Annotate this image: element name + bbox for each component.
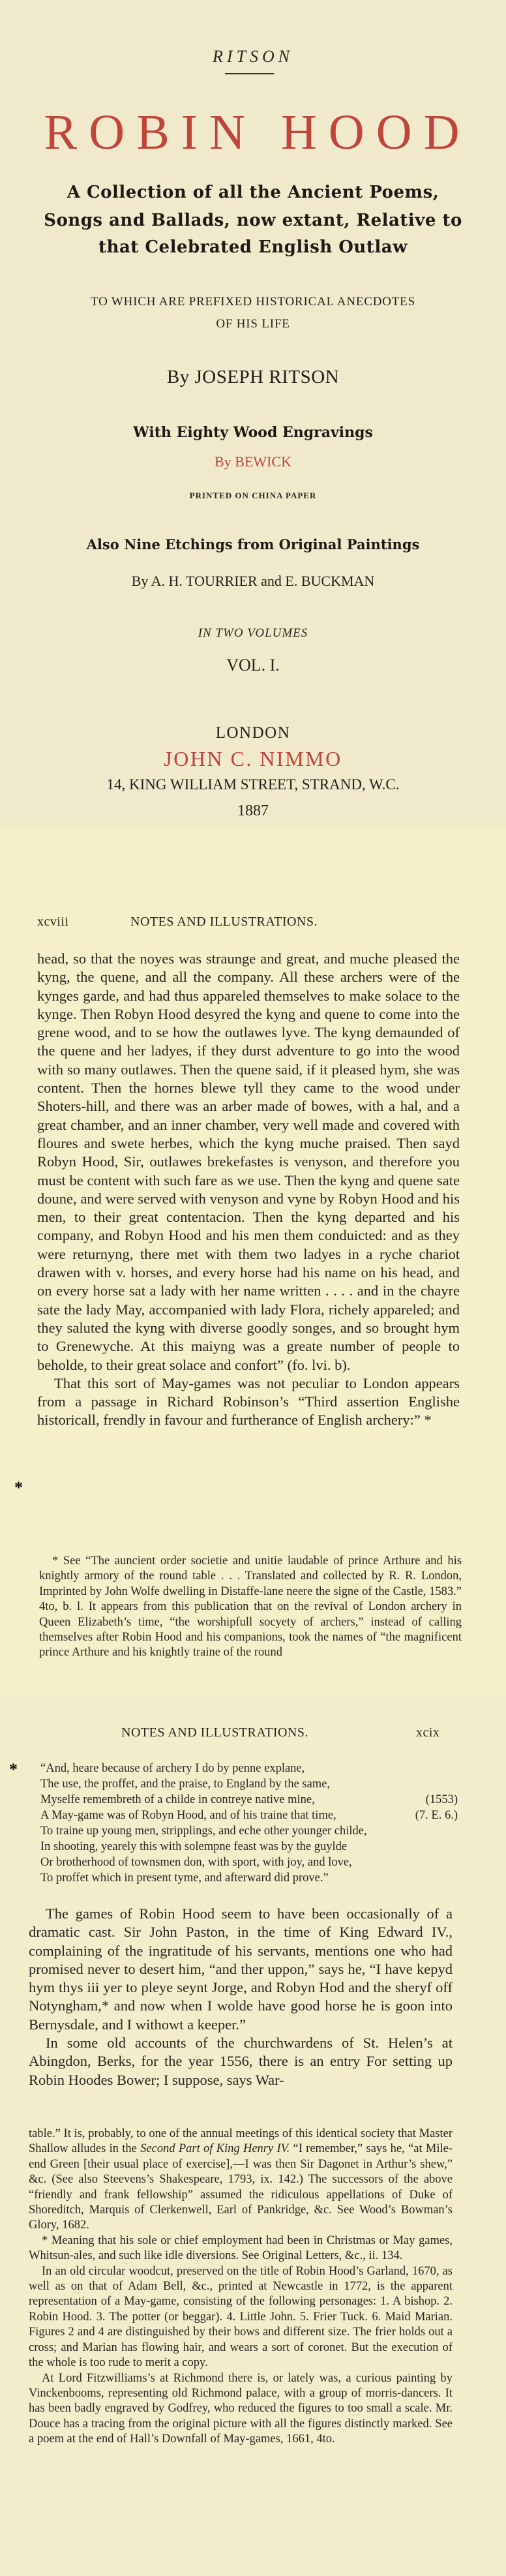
etchings-line: Also Nine Etchings from Original Paintin… [0, 536, 506, 553]
publisher-name: JOHN C. NIMMO [0, 747, 506, 771]
verse-year-note: (1553) [426, 1792, 458, 1808]
verse-line: Myselfe remembreth of a childe in contre… [40, 1792, 458, 1808]
annotation-asterisk-icon: * [9, 1760, 18, 1780]
subtitle-line-1: A Collection of all the Ancient Poems, [0, 183, 506, 202]
running-head: NOTES AND ILLUSTRATIONS. [130, 915, 318, 930]
notes-page-xcviii: xcviii NOTES AND ILLUSTRATIONS. head, so… [0, 826, 506, 1693]
verse-line: To traine up young men, stripplings, and… [40, 1823, 458, 1839]
title-rule [225, 73, 274, 74]
book-title: ROBIN HOOD [0, 104, 506, 161]
subtitle-line-3: that Celebrated English Outlaw [0, 237, 506, 257]
series-name: RITSON [0, 47, 506, 67]
verse-reign-note: (7. E. 6.) [415, 1808, 458, 1823]
footnote-meaning: * Meaning that his sole or chief employm… [29, 2234, 453, 2264]
running-head: NOTES AND ILLUSTRATIONS. [121, 1725, 308, 1740]
footnote-text: * See “The auncient order societie and u… [39, 1554, 462, 1661]
verse-line: To proffet which in present tyme, and af… [40, 1870, 458, 1886]
footnote: * See “The auncient order societie and u… [39, 1554, 462, 1661]
verse-line: “And, heare because of archery I do by p… [40, 1761, 458, 1776]
footnote-continuation: table.” It is, probably, to one of the a… [29, 2127, 453, 2234]
notes-page-xcix: NOTES AND ILLUSTRATIONS. xcix * “And, he… [0, 1693, 506, 2576]
page-number: xcviii [37, 915, 69, 930]
author-line: By JOSEPH RITSON [0, 367, 506, 388]
verse-line: The use, the proffet, and the praise, to… [40, 1776, 458, 1792]
verse-quotation: “And, heare because of archery I do by p… [40, 1761, 458, 1886]
publication-year: 1887 [0, 802, 506, 820]
body-text: head, so that the noyes was straunge and… [37, 950, 460, 1430]
volumes-line: IN TWO VOLUMES [0, 626, 506, 641]
paragraph: The games of Robin Hood seem to have bee… [29, 1905, 453, 2034]
body-text: The games of Robin Hood seem to have bee… [29, 1905, 453, 2089]
prefixed-line-2: OF HIS LIFE [0, 317, 506, 331]
footnote-fitzwilliam: At Lord Fitzwilliams’s at Richmond there… [29, 2371, 453, 2447]
annotation-asterisk-icon: * [14, 1478, 23, 1498]
subtitle-line-2: Songs and Ballads, now extant, Relative … [0, 211, 506, 230]
title-page: RITSON ROBIN HOOD A Collection of all th… [0, 0, 506, 826]
engraver-line: By BEWICK [0, 453, 506, 470]
verse-line: In shooting, yearely this with solempne … [40, 1839, 458, 1855]
engravings-line: With Eighty Wood Engravings [0, 424, 506, 441]
play-title: Second Part of King Henry IV. [140, 2142, 290, 2155]
verse-line: A May-game was of Robyn Hood, and of his… [40, 1808, 458, 1823]
verse-line: Or brotherhood of townsmen don, with spo… [40, 1855, 458, 1870]
paragraph: In some old accounts of the churchwarden… [29, 2034, 453, 2089]
footnotes: table.” It is, probably, to one of the a… [29, 2127, 453, 2447]
paragraph: That this sort of May-games was not pecu… [37, 1374, 460, 1430]
publisher-address: 14, KING WILLIAM STREET, STRAND, W.C. [0, 776, 506, 793]
prefixed-line-1: TO WHICH ARE PREFIXED HISTORICAL ANECDOT… [0, 295, 506, 309]
footnote-woodcut: In an old circular woodcut, preserved on… [29, 2264, 453, 2371]
etchers-line: By A. H. TOURRIER and E. BUCKMAN [0, 573, 506, 590]
paper-note: PRINTED ON CHINA PAPER [0, 491, 506, 501]
page-number: xcix [416, 1725, 439, 1740]
publisher-city: LONDON [0, 724, 506, 742]
paragraph: head, so that the noyes was straunge and… [37, 950, 460, 1374]
volume-number: VOL. I. [0, 656, 506, 675]
